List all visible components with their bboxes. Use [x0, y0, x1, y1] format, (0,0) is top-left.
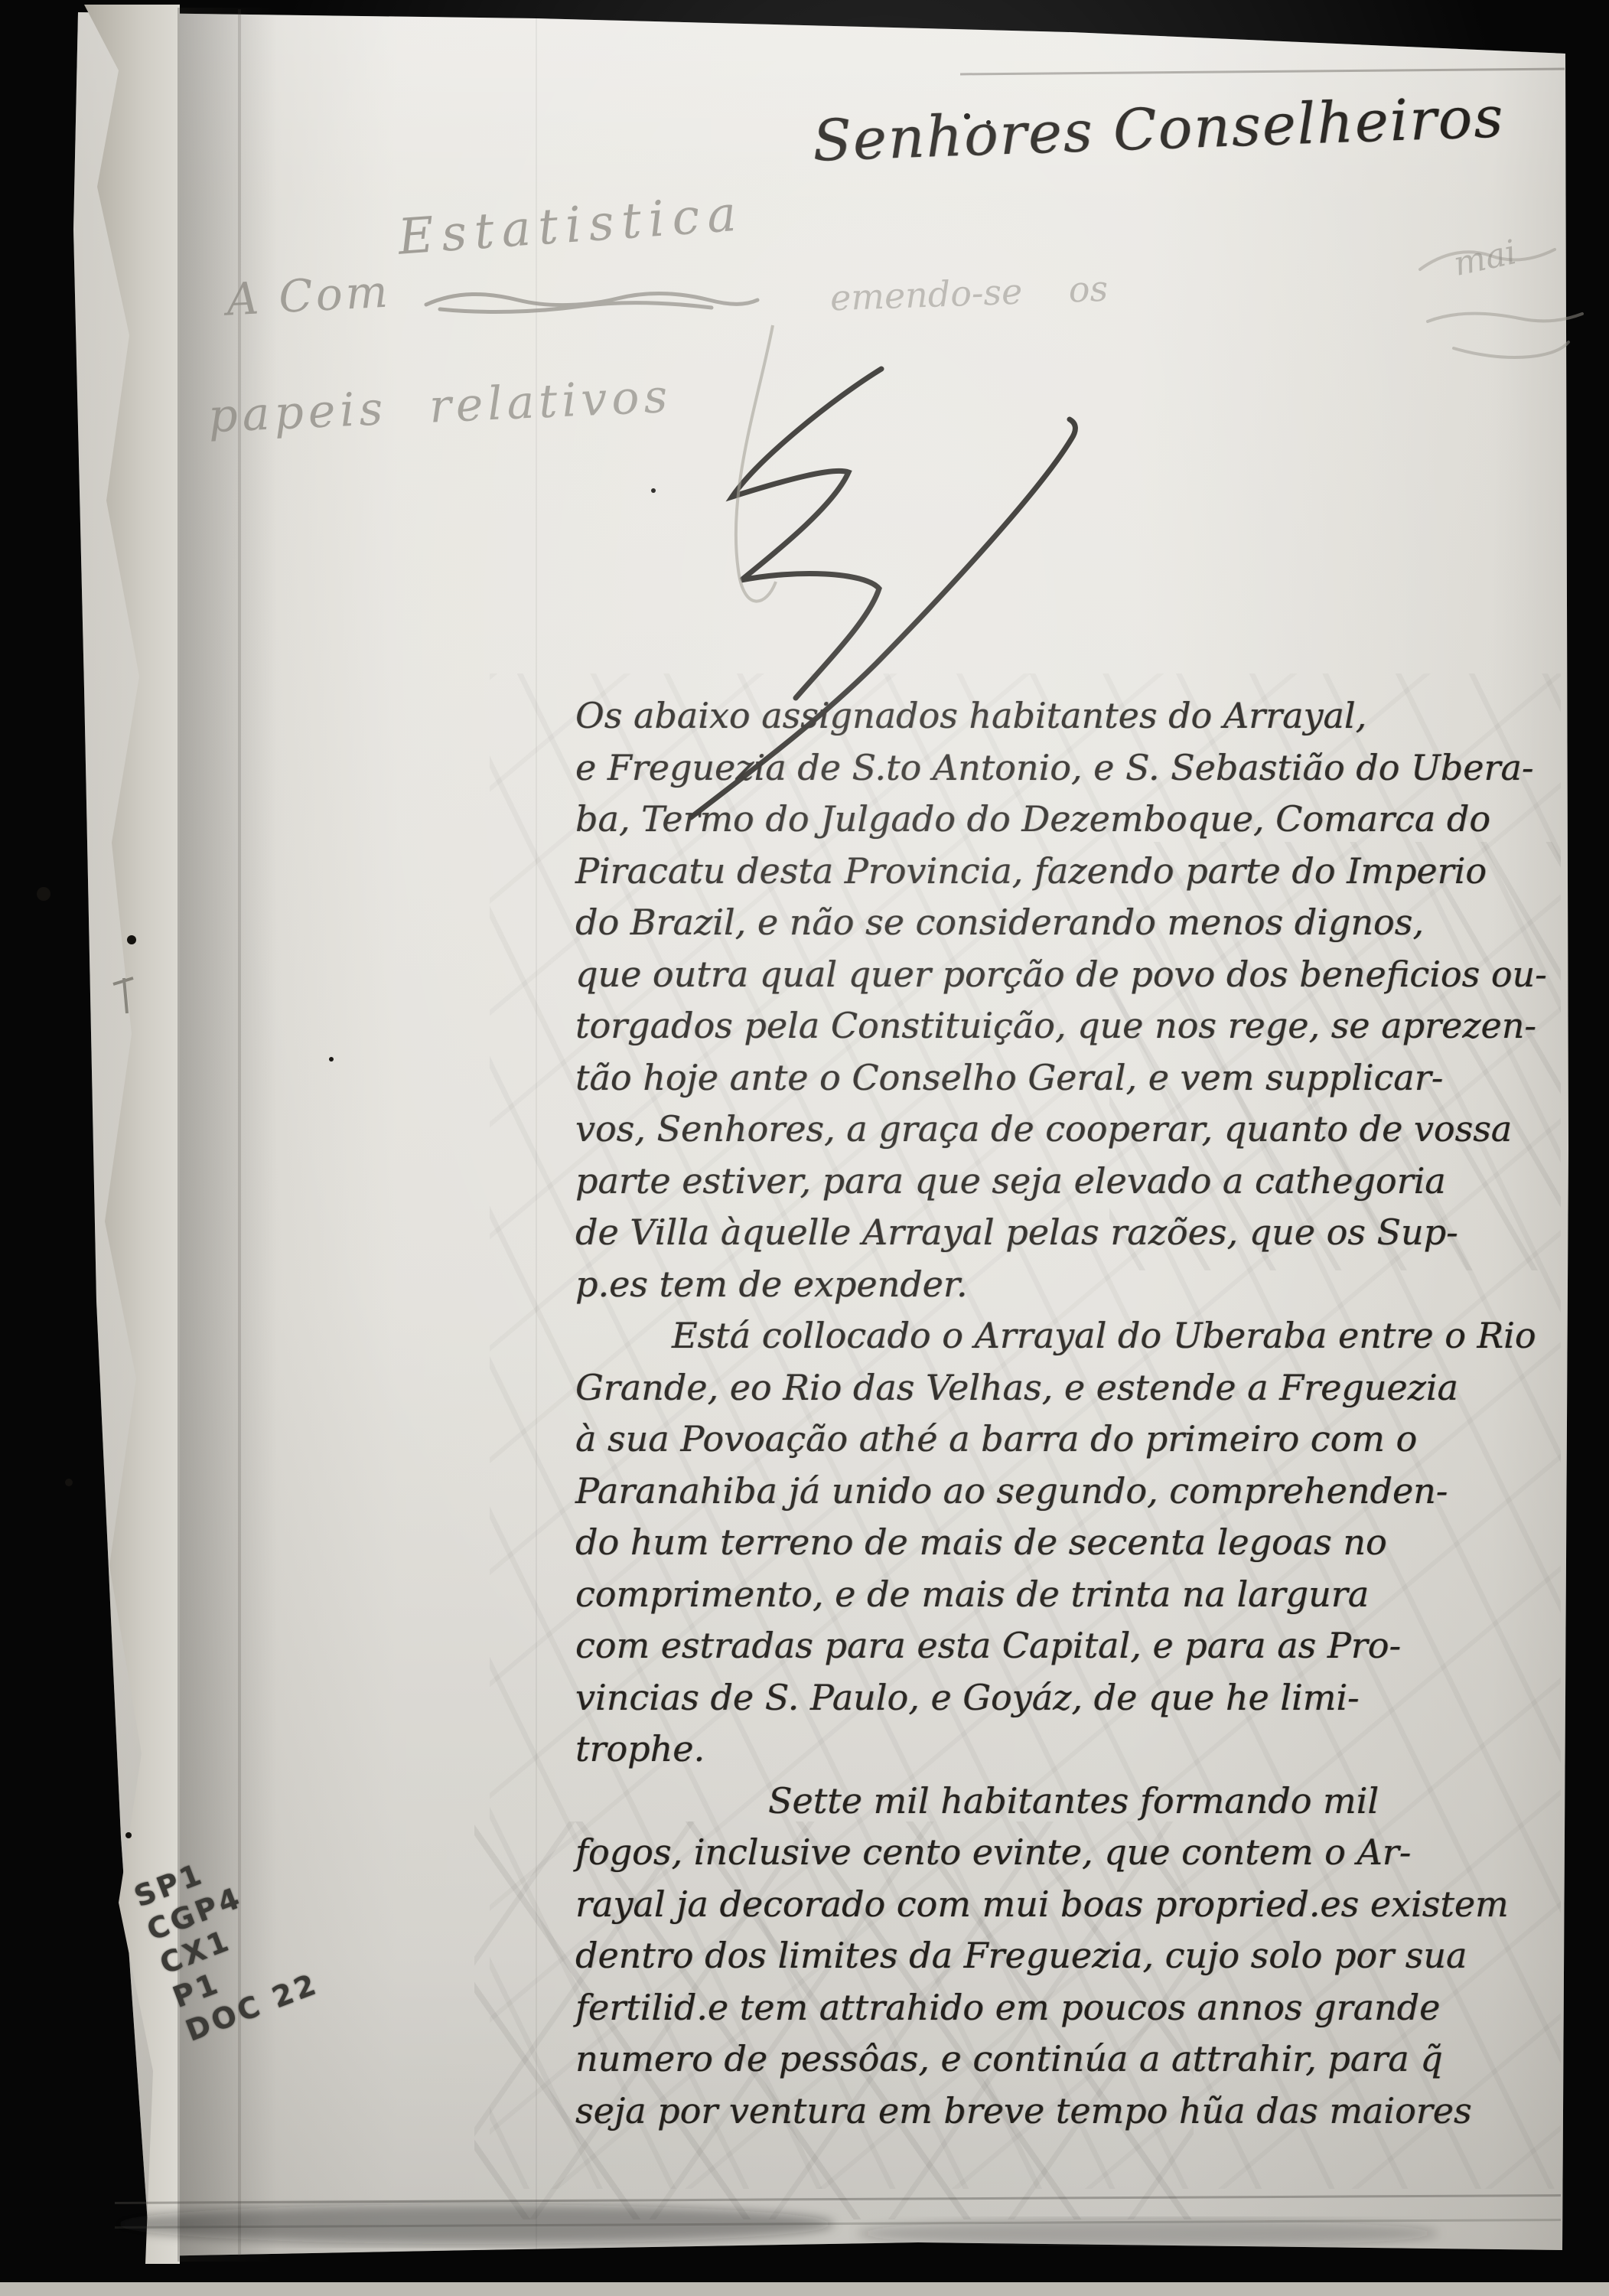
pencil-strikethrough — [426, 293, 757, 311]
pencil-annotation-acom: A Com — [225, 265, 392, 325]
manuscript-line: de Villa àquelle Arrayal pelas razões, q… — [575, 1207, 1570, 1259]
margin-tick — [113, 978, 133, 1013]
manuscript-line: Os abaixo assignados habitantes do Array… — [575, 690, 1570, 742]
manuscript-line: e Freguezia de S.to Antonio, e S. Sebast… — [575, 742, 1570, 794]
manuscript-body: Os abaixo assignados habitantes do Array… — [575, 690, 1570, 2137]
manuscript-scan: Senhores Conselheiros Estatistica A Com … — [0, 0, 1609, 2296]
edge-smudge — [115, 2204, 834, 2244]
manuscript-line: parte estiver, para que seja elevado a c… — [575, 1156, 1570, 1208]
manuscript-line: p.es tem de expender. — [575, 1259, 1570, 1311]
manuscript-line: tão hoje ante o Conselho Geral, e vem su… — [575, 1052, 1570, 1104]
manuscript-line: numero de pessôas, e continúa a attrahir… — [575, 2033, 1570, 2086]
manuscript-line: do hum terreno de mais de secenta legoas… — [575, 1517, 1570, 1569]
paragraph-3: Sette mil habitantes formando mil fogos,… — [575, 1776, 1570, 2138]
paragraph-1: Os abaixo assignados habitantes do Array… — [575, 690, 1570, 1310]
manuscript-line: fogos, inclusive cento evinte, que conte… — [575, 1827, 1570, 1879]
manuscript-line: vos, Senhores, a graça de cooperar, quan… — [575, 1104, 1570, 1156]
manuscript-line: à sua Povoação athé a barra do primeiro … — [575, 1414, 1570, 1466]
manuscript-line: fertilid.e tem attrahido em poucos annos… — [575, 1982, 1570, 2034]
manuscript-line: dentro dos limites da Freguezia, cujo so… — [575, 1930, 1570, 1982]
manuscript-line: rayal ja decorado com mui boas propried.… — [575, 1879, 1570, 1931]
manuscript-line: Grande, eo Rio das Velhas, e estende a F… — [575, 1362, 1570, 1414]
manuscript-line: com estradas para esta Capital, e para a… — [575, 1620, 1570, 1672]
manuscript-line: vincias de S. Paulo, e Goyáz, de que he … — [575, 1672, 1570, 1724]
manuscript-line: ba, Termo do Julgado do Dezemboque, Coma… — [575, 794, 1570, 846]
manuscript-line: seja por ventura em breve tempo hũa das … — [575, 2086, 1570, 2138]
manuscript-line: Piracatu desta Provincia, fazendo parte … — [575, 846, 1570, 898]
manuscript-line: torgados pela Constituição, que nos rege… — [575, 1000, 1570, 1052]
manuscript-line: que outra qual quer porção de povo dos b… — [575, 949, 1570, 1001]
manuscript-line: comprimento, e de mais de trinta na larg… — [575, 1569, 1570, 1621]
manuscript-line: trophe. — [575, 1724, 1570, 1776]
paragraph-2: Está collocado o Arrayal do Uberaba entr… — [575, 1310, 1570, 1776]
manuscript-line: do Brazil, e não se considerando menos d… — [575, 897, 1570, 949]
manuscript-line: Está collocado o Arrayal do Uberaba entr… — [575, 1310, 1570, 1362]
manuscript-line: Paranahiba já unido ao segundo, comprehe… — [575, 1466, 1570, 1518]
edge-smudge — [857, 2219, 1438, 2247]
manuscript-line: Sette mil habitantes formando mil — [575, 1776, 1570, 1828]
